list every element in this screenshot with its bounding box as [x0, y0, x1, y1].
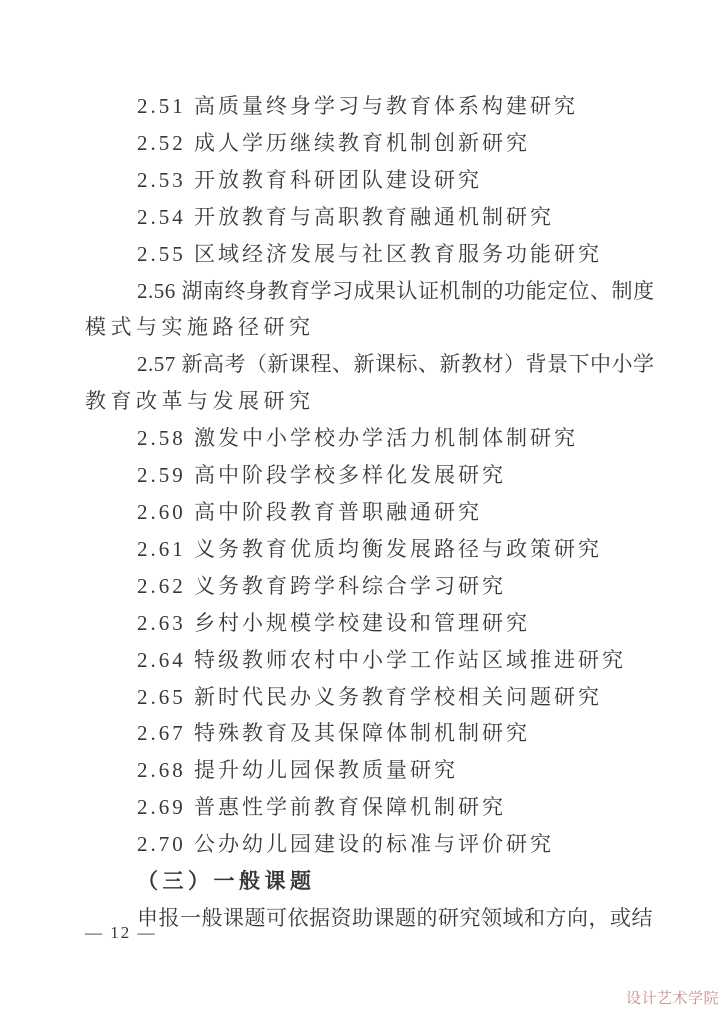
- page-number: — 12 —: [85, 923, 157, 943]
- document-line: 模式与实施路径研究: [85, 309, 665, 346]
- document-line: 申报一般课题可依据资助课题的研究领域和方向，或结: [85, 900, 665, 937]
- document-line: 2.55 区域经济发展与社区教育服务功能研究: [85, 236, 665, 273]
- document-content: 2.51 高质量终身学习与教育体系构建研究2.52 成人学历继续教育机制创新研究…: [85, 88, 665, 937]
- document-line: 教育改革与发展研究: [85, 383, 665, 420]
- document-line: 2.61 义务教育优质均衡发展路径与政策研究: [85, 531, 665, 568]
- document-line: 2.57 新高考（新课程、新课标、新教材）背景下中小学: [85, 346, 665, 383]
- document-line: 2.62 义务教育跨学科综合学习研究: [85, 568, 665, 605]
- document-line: 2.59 高中阶段学校多样化发展研究: [85, 457, 665, 494]
- document-line: 2.65 新时代民办义务教育学校相关问题研究: [85, 679, 665, 716]
- document-line: 2.67 特殊教育及其保障体制机制研究: [85, 715, 665, 752]
- document-line: 2.68 提升幼儿园保教质量研究: [85, 752, 665, 789]
- document-line: 2.69 普惠性学前教育保障机制研究: [85, 789, 665, 826]
- watermark-text: 设计艺术学院: [626, 987, 719, 1008]
- document-line: 2.64 特级教师农村中小学工作站区域推进研究: [85, 642, 665, 679]
- document-line: 2.63 乡村小规模学校建设和管理研究: [85, 605, 665, 642]
- document-line: 2.60 高中阶段教育普职融通研究: [85, 494, 665, 531]
- document-line: 2.70 公办幼儿园建设的标准与评价研究: [85, 826, 665, 863]
- document-line: 2.52 成人学历继续教育机制创新研究: [85, 125, 665, 162]
- document-line: （三）一般课题: [85, 863, 665, 900]
- document-line: 2.53 开放教育科研团队建设研究: [85, 162, 665, 199]
- document-line: 2.58 激发中小学校办学活力机制体制研究: [85, 420, 665, 457]
- document-line: 2.51 高质量终身学习与教育体系构建研究: [85, 88, 665, 125]
- document-line: 2.54 开放教育与高职教育融通机制研究: [85, 199, 665, 236]
- document-page: 2.51 高质量终身学习与教育体系构建研究2.52 成人学历继续教育机制创新研究…: [0, 0, 724, 1024]
- document-line: 2.56 湖南终身教育学习成果认证机制的功能定位、制度: [85, 273, 665, 310]
